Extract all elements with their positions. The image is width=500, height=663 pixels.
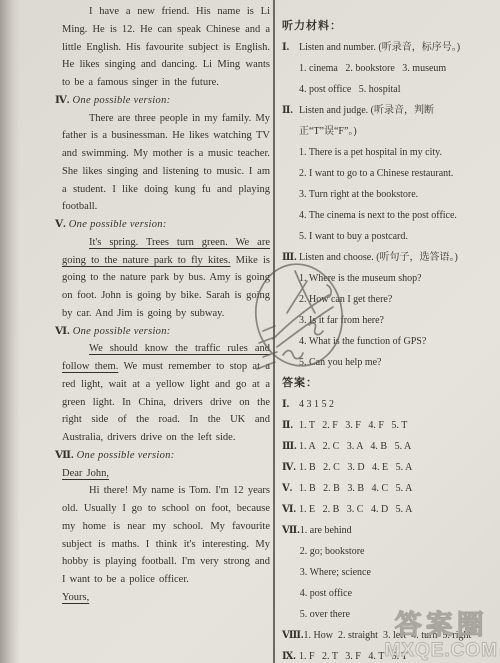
heading-label: One possible version: bbox=[73, 326, 171, 337]
letter-signoff: Yours, bbox=[62, 589, 270, 607]
answer-row: Ⅳ. 1. B 2. C 3. D 4. E 5. A bbox=[282, 457, 488, 478]
heading-label: One possible version: bbox=[69, 219, 167, 230]
section-item-line: 1. cinema 2. bookstore 3. museum bbox=[299, 58, 488, 79]
answer-numeral: Ⅳ. bbox=[282, 457, 299, 478]
answer-row: Ⅰ. 4 3 1 5 2 bbox=[282, 394, 488, 415]
underlined-signoff: Yours, bbox=[62, 592, 89, 603]
section-heading-v: Ⅴ.One possible version: bbox=[55, 216, 270, 234]
section-title: Listen and number. (听录音，标序号。) bbox=[299, 37, 488, 58]
answer-line: 4 3 1 5 2 bbox=[299, 394, 488, 415]
section-item-line: 1. There is a pet hospital in my city. bbox=[299, 142, 488, 163]
essay-traffic-rules: We should know the traffic rules and fol… bbox=[62, 340, 270, 447]
answer-numeral: Ⅰ. bbox=[282, 394, 299, 415]
answer-row: Ⅱ. 1. T 2. F 3. F 4. F 5. T bbox=[282, 415, 488, 436]
left-column: I have a new friend. His name is Li Ming… bbox=[55, 3, 270, 607]
answer-line: 2. go; bookstore bbox=[300, 541, 488, 562]
answer-content: 1. T 2. F 3. F 4. F 5. T bbox=[299, 415, 488, 436]
site-watermark: 答案圈 MXQE.COM bbox=[384, 610, 498, 662]
underlined-salutation: Dear John, bbox=[62, 468, 109, 479]
section-numeral: Ⅰ. bbox=[282, 37, 299, 58]
section-items: 1. cinema 2. bookstore 3. museum4. post … bbox=[282, 58, 488, 100]
essay-letter-body: Hi there! My name is Tom. I'm 12 years o… bbox=[62, 482, 270, 589]
answer-content: 1. A 2. C 3. A 4. B 5. A bbox=[299, 436, 488, 457]
section-item-line: 5. I want to buy a postcard. bbox=[299, 226, 488, 247]
listening-section: Ⅰ. Listen and number. (听录音，标序号。) 1. cine… bbox=[282, 37, 488, 100]
listening-materials-heading: 听力材料： bbox=[282, 16, 488, 37]
answer-content: 4 3 1 5 2 bbox=[299, 394, 488, 415]
heading-numeral: Ⅵ. bbox=[55, 326, 70, 337]
answer-content: 1. B 2. C 3. D 4. E 5. A bbox=[299, 457, 488, 478]
plain-sentence: We must remember to stop at a red light,… bbox=[62, 361, 270, 443]
answer-line: 1. are behind bbox=[300, 520, 488, 541]
heading-label: One possible version: bbox=[77, 450, 175, 461]
section-title-row: Ⅱ. Listen and judge. (听录音，判断正“T”误“F”。) bbox=[282, 100, 488, 142]
answer-line: 4. post office bbox=[300, 583, 488, 604]
answer-content: 1. E 2. B 3. C 4. D 5. A bbox=[299, 499, 488, 520]
heading-label: One possible version: bbox=[73, 95, 171, 106]
answer-content: 1. B 2. B 3. B 4. C 5. A bbox=[299, 478, 488, 499]
workbook-answer-page: I have a new friend. His name is Li Ming… bbox=[0, 0, 500, 663]
essay-new-friend: I have a new friend. His name is Li Ming… bbox=[62, 3, 270, 92]
essay-family: There are three people in my family. My … bbox=[62, 110, 270, 217]
answer-line: 1. A 2. C 3. A 4. B 5. A bbox=[299, 436, 488, 457]
section-item-line: 4. post office 5. hospital bbox=[299, 79, 488, 100]
section-heading-iv: Ⅳ.One possible version: bbox=[55, 92, 270, 110]
answer-line: 3. Where; science bbox=[300, 562, 488, 583]
section-item-line: 4. The cinema is next to the post office… bbox=[299, 205, 488, 226]
section-heading-vii: Ⅶ.One possible version: bbox=[55, 447, 270, 465]
heading-numeral: Ⅶ. bbox=[55, 450, 74, 461]
section-title: Listen and judge. (听录音，判断正“T”误“F”。) bbox=[299, 100, 488, 142]
section-numeral: Ⅱ. bbox=[282, 100, 299, 121]
answer-numeral: Ⅱ. bbox=[282, 415, 299, 436]
section-title-row: Ⅰ. Listen and number. (听录音，标序号。) bbox=[282, 37, 488, 58]
essay-spring: It's spring. Trees turn green. We are go… bbox=[62, 234, 270, 323]
answer-line: 1. E 2. B 3. C 4. D 5. A bbox=[299, 499, 488, 520]
answer-numeral: Ⅶ. bbox=[282, 520, 300, 541]
answer-numeral: Ⅵ. bbox=[282, 499, 299, 520]
answer-numeral: Ⅲ. bbox=[282, 436, 299, 457]
answer-line: 1. B 2. C 3. D 4. E 5. A bbox=[299, 457, 488, 478]
watermark-domain: MXQE.COM bbox=[384, 640, 498, 662]
section-heading-vi: Ⅵ.One possible version: bbox=[55, 323, 270, 341]
answer-numeral: Ⅷ. bbox=[282, 625, 304, 646]
answer-row: Ⅵ. 1. E 2. B 3. C 4. D 5. A bbox=[282, 499, 488, 520]
listening-section: Ⅱ. Listen and judge. (听录音，判断正“T”误“F”。) 1… bbox=[282, 100, 488, 247]
section-item-line: 2. I want to go to a Chinese restaurant. bbox=[299, 163, 488, 184]
letter-salutation: Dear John, bbox=[62, 465, 270, 483]
answer-numeral: Ⅴ. bbox=[282, 478, 299, 499]
heading-numeral: Ⅳ. bbox=[55, 95, 70, 106]
answer-row: Ⅴ. 1. B 2. B 3. B 4. C 5. A bbox=[282, 478, 488, 499]
section-items: 1. There is a pet hospital in my city.2.… bbox=[282, 142, 488, 247]
answer-row: Ⅲ. 1. A 2. C 3. A 4. B 5. A bbox=[282, 436, 488, 457]
book-spine-edge bbox=[0, 0, 20, 663]
ink-stamp-icon bbox=[243, 255, 355, 383]
answer-line: 1. T 2. F 3. F 4. F 5. T bbox=[299, 415, 488, 436]
section-item-line: 3. Turn right at the bookstore. bbox=[299, 184, 488, 205]
heading-numeral: Ⅴ. bbox=[55, 219, 66, 230]
answer-line: 1. B 2. B 3. B 4. C 5. A bbox=[299, 478, 488, 499]
answer-numeral: Ⅸ. bbox=[282, 646, 299, 663]
watermark-chinese: 答案圈 bbox=[384, 610, 498, 640]
